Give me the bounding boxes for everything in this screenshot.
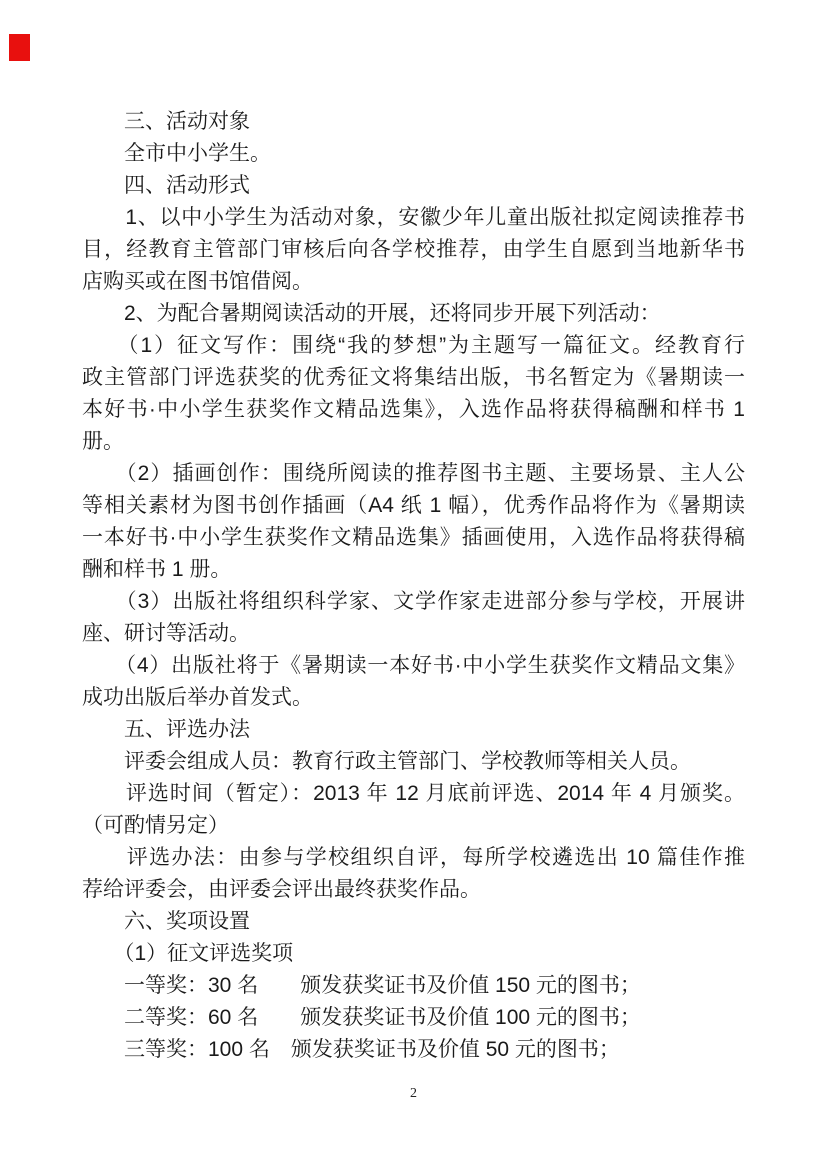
text-line: 座、研讨等活动。 [82, 618, 745, 650]
text-line: 三等奖：100 名 颁发获奖证书及价值 50 元的图书； [82, 1034, 745, 1066]
text-line: 政主管部门评选获奖的优秀征文将集结出版，书名暂定为《暑期读一 [82, 362, 745, 394]
text-line: 酬和样书 1 册。 [82, 554, 745, 586]
text-line: （3）出版社将组织科学家、文学作家走进部分参与学校，开展讲 [82, 586, 745, 618]
text-line: 2、为配合暑期阅读活动的开展，还将同步开展下列活动： [82, 298, 745, 330]
text-line: 本好书·中小学生获奖作文精品选集》，入选作品将获得稿酬和样书 1 [82, 394, 745, 426]
text-line: （4）出版社将于《暑期读一本好书·中小学生获奖作文精品文集》 [82, 650, 745, 682]
text-line: 二等奖：60 名 颁发获奖证书及价值 100 元的图书； [82, 1002, 745, 1034]
text-line: 目，经教育主管部门审核后向各学校推荐，由学生自愿到当地新华书 [82, 234, 745, 266]
text-line: 册。 [82, 426, 745, 458]
text-line: 五、评选办法 [82, 714, 745, 746]
text-line: （1）征文评选奖项 [82, 938, 745, 970]
text-line: 评选办法：由参与学校组织自评，每所学校遴选出 10 篇佳作推 [82, 842, 745, 874]
document-body: 三、活动对象 全市中小学生。 四、活动形式 1、以中小学生为活动对象，安徽少年儿… [82, 106, 745, 1066]
document-page: 三、活动对象 全市中小学生。 四、活动形式 1、以中小学生为活动对象，安徽少年儿… [0, 0, 827, 1170]
text-line: 一本好书·中小学生获奖作文精品选集》插画使用，入选作品将获得稿 [82, 522, 745, 554]
page-number: 2 [0, 1086, 827, 1102]
red-mark [9, 34, 30, 61]
text-line: 评委会组成人员：教育行政主管部门、学校教师等相关人员。 [82, 746, 745, 778]
text-line: 荐给评委会，由评委会评出最终获奖作品。 [82, 874, 745, 906]
text-line: 1、以中小学生为活动对象，安徽少年儿童出版社拟定阅读推荐书 [82, 202, 745, 234]
text-line: 全市中小学生。 [82, 138, 745, 170]
text-line: 六、奖项设置 [82, 906, 745, 938]
text-line: 等相关素材为图书创作插画（A4 纸 1 幅），优秀作品将作为《暑期读 [82, 490, 745, 522]
text-line: 三、活动对象 [82, 106, 745, 138]
text-line: 四、活动形式 [82, 170, 745, 202]
text-line: 一等奖：30 名 颁发获奖证书及价值 150 元的图书； [82, 970, 745, 1002]
text-line: （可酌情另定） [82, 810, 745, 842]
text-line: 店购买或在图书馆借阅。 [82, 266, 745, 298]
text-line: （1）征文写作：围绕“我的梦想”为主题写一篇征文。经教育行 [82, 330, 745, 362]
text-line: （2）插画创作：围绕所阅读的推荐图书主题、主要场景、主人公 [82, 458, 745, 490]
text-line: 成功出版后举办首发式。 [82, 682, 745, 714]
text-line: 评选时间（暂定）：2013 年 12 月底前评选、2014 年 4 月颁奖。 [82, 778, 745, 810]
